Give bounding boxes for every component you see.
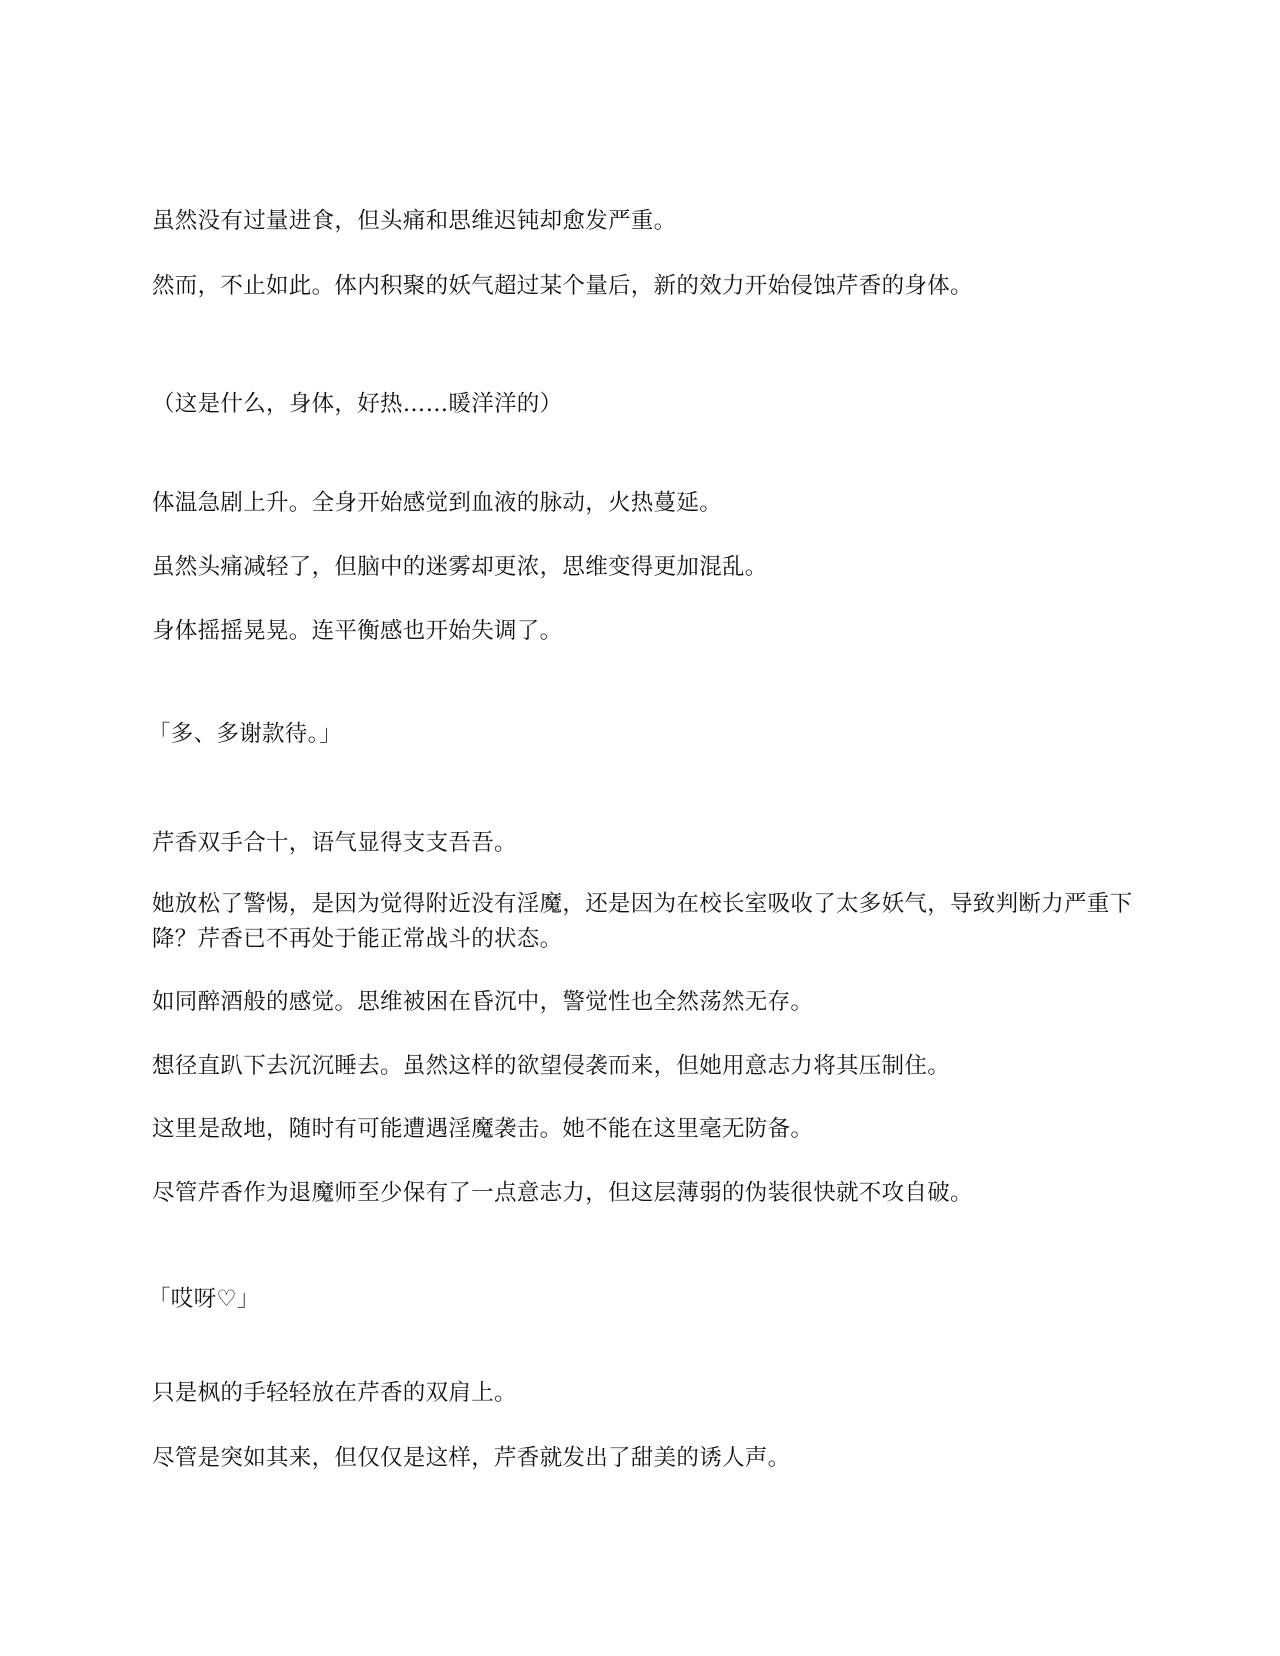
paragraph: 芹香双手合十，语气显得支支吾吾。 bbox=[152, 826, 1142, 861]
paragraph: 身体摇摇晃晃。连平衡感也开始失调了。 bbox=[152, 614, 1142, 649]
dialogue-line: 「哎呀♡」 bbox=[148, 1282, 1138, 1317]
paragraph: 她放松了警惕，是因为觉得附近没有淫魔，还是因为在校长室吸收了太多妖气，导致判断力… bbox=[152, 887, 1142, 957]
paragraph: 这里是敌地，随时有可能遭遇淫魔袭击。她不能在这里毫无防备。 bbox=[152, 1112, 1142, 1147]
paragraph: 想径直趴下去沉沉睡去。虽然这样的欲望侵袭而来，但她用意志力将其压制住。 bbox=[152, 1049, 1142, 1084]
document-page: 虽然没有过量进食，但头痛和思维迟钝却愈发严重。 然而，不止如此。体内积聚的妖气超… bbox=[0, 0, 1280, 1656]
paragraph: 只是枫的手轻轻放在芹香的双肩上。 bbox=[152, 1376, 1142, 1411]
inner-thought: （这是什么，身体，好热……暖洋洋的） bbox=[152, 387, 1142, 422]
paragraph: 尽管芹香作为退魔师至少保有了一点意志力，但这层薄弱的伪装很快就不攻自破。 bbox=[152, 1176, 1142, 1211]
paragraph: 如同醉酒般的感觉。思维被困在昏沉中，警觉性也全然荡然无存。 bbox=[152, 985, 1142, 1020]
paragraph: 虽然头痛减轻了，但脑中的迷雾却更浓，思维变得更加混乱。 bbox=[152, 550, 1142, 585]
paragraph: 虽然没有过量进食，但头痛和思维迟钝却愈发严重。 bbox=[152, 204, 1142, 239]
paragraph: 然而，不止如此。体内积聚的妖气超过某个量后，新的效力开始侵蚀芹香的身体。 bbox=[152, 269, 1142, 304]
paragraph: 尽管是突如其来，但仅仅是这样，芹香就发出了甜美的诱人声。 bbox=[152, 1441, 1142, 1476]
dialogue-line: 「多、多谢款待。」 bbox=[148, 717, 1138, 752]
paragraph: 体温急剧上升。全身开始感觉到血液的脉动，火热蔓延。 bbox=[152, 486, 1142, 521]
